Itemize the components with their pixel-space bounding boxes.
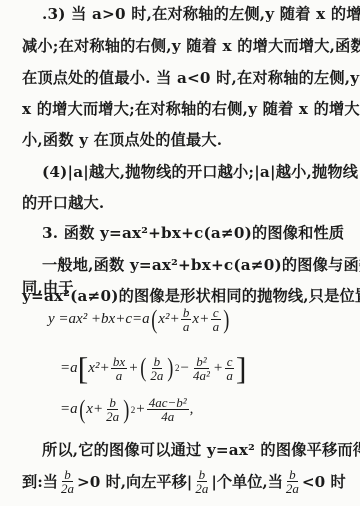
fraction: b2a (59, 468, 76, 495)
section-heading: 3. 函数 y=ax²+bx+c(a≠0)的图像和性质 (42, 224, 344, 242)
right-paren: ) (168, 355, 174, 381)
text-line-1: .3) 当 a>0 时,在对称轴的左侧,y 随着 x 的增大而 (42, 5, 360, 23)
equation-2: =a [ x² + bxa + ( b2a ) 2 − b²4a² + ca ] (60, 352, 247, 384)
fraction: ba (181, 306, 192, 333)
left-paren: ( (151, 307, 157, 333)
fraction: ca (224, 355, 235, 382)
text-line-12: 所以,它的图像可以通过 y=ax² 的图像平移而得 (42, 441, 360, 459)
eq2-x2: x² (88, 360, 99, 377)
eq3-x: x+ (86, 401, 103, 418)
fraction: bxa (111, 355, 127, 382)
text-line-3: 在顶点处的值最小. 当 a<0 时,在对称轴的左侧,y 随着 (22, 69, 360, 87)
comma: , (190, 401, 194, 418)
eq1-x2: x² (158, 311, 169, 328)
equation-1: y =ax² +bx+c=a ( x² + ba x + ca ) (48, 306, 231, 333)
exponent: 2 (175, 363, 180, 373)
text-line-11: 同,由于 (22, 279, 74, 297)
left-bracket: [ (78, 352, 89, 384)
eq1-lhs: y =ax² +bx+c=a (48, 311, 150, 328)
fraction: b2a (284, 468, 301, 495)
fraction: ca (211, 306, 222, 333)
text-line-4: x 的增大而增大;在对称轴的右侧,y 随着 x 的增大而减 (22, 100, 360, 118)
fraction: b2a (193, 468, 210, 495)
fraction: b2a (148, 355, 165, 382)
eq1-x: x (192, 311, 199, 328)
plus: + (200, 311, 208, 328)
fraction: b2a (104, 396, 121, 423)
text-line-6: (4)|a|越大,抛物线的开口越小;|a|越小,抛物线 (42, 163, 358, 181)
left-paren: ( (140, 355, 146, 381)
right-paren: ) (123, 397, 129, 423)
fraction: 4ac−b²4a (147, 396, 189, 423)
text-line-9: 一般地,函数 y=ax²+bx+c(a≠0)的图像与函数 (42, 256, 360, 274)
exponent: 2 (131, 405, 136, 415)
eq3-lhs: =a (60, 401, 78, 418)
equation-3: =a ( x+ b2a ) 2 + 4ac−b²4a , (60, 396, 193, 423)
right-bracket: ] (236, 352, 247, 384)
text-line-7: 的开口越大. (22, 194, 104, 212)
left-paren: ( (79, 397, 85, 423)
right-paren: ) (223, 307, 229, 333)
text-line-13: 到:当 b2a >0 时,向左平移| b2a |个单位,当 b2a <0 时 (22, 468, 346, 495)
text-line-5: 小,函数 y 在顶点处的值最大. (22, 131, 222, 149)
fraction: b²4a² (191, 355, 212, 382)
plus: + (170, 311, 178, 328)
eq2-lhs: =a (60, 360, 78, 377)
text-line-2: 减小;在对称轴的右侧,y 随着 x 的增大而增大,函数 y (22, 37, 360, 55)
